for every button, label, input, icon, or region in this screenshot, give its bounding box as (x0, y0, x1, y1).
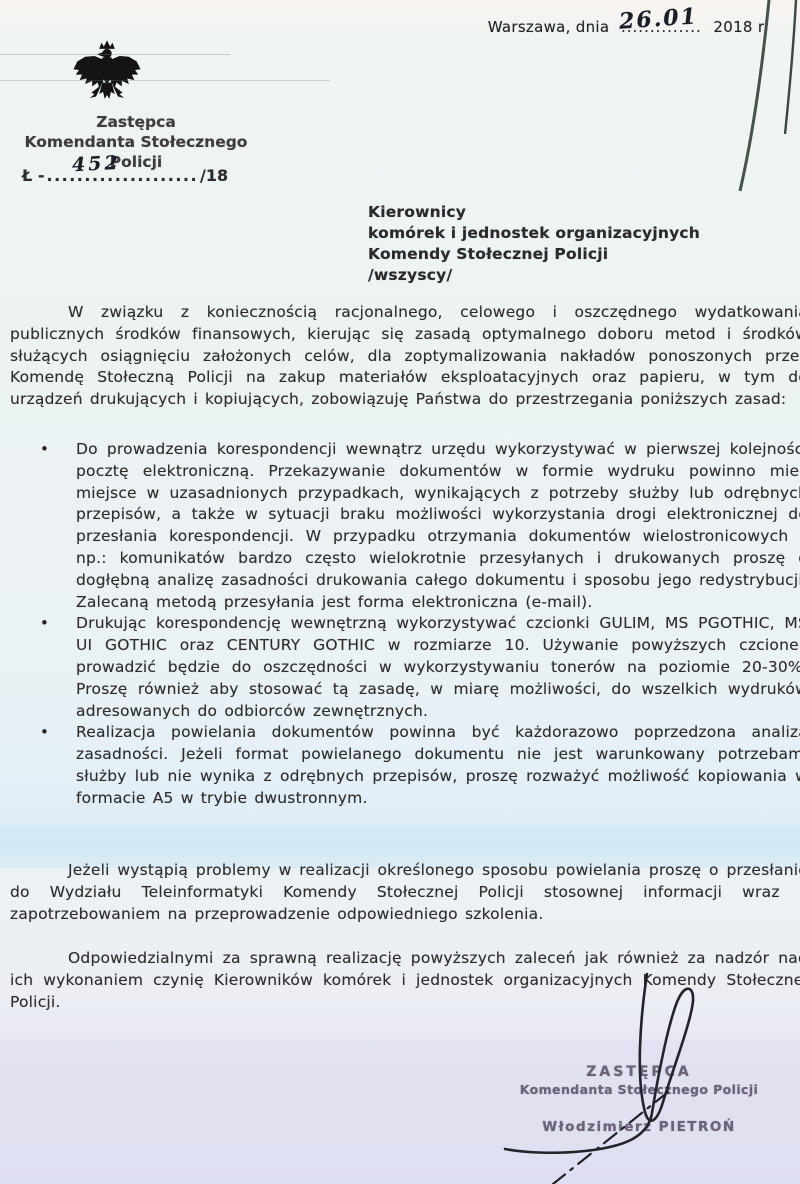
bullet-item: Do prowadzenia korespondencji wewnątrz u… (10, 439, 800, 613)
eagle-emblem-icon (68, 38, 146, 116)
sender-title-line: Komendanta Stołecznego (6, 132, 266, 152)
scanned-letter-page: Warszawa, dnia ..............26.01 2018 … (0, 0, 800, 1184)
bullet-text: Realizacja powielania dokumentów powinna… (76, 723, 800, 806)
intro-paragraph: W związku z koniecznością racjonalnego, … (10, 302, 800, 411)
bullet-item: Realizacja powielania dokumentów powinna… (10, 722, 800, 809)
rules-bullet-list: Do prowadzenia korespondencji wewnątrz u… (10, 439, 800, 810)
reference-number-line: Ł - ....................452 /18 (22, 166, 228, 185)
dotted-rule: .................... (46, 166, 198, 185)
ref-suffix: /18 (200, 166, 228, 185)
sender-block: Zastępca Komendanta Stołecznego Policji (6, 112, 266, 172)
ref-prefix: Ł - (22, 166, 44, 185)
recipient-block: Kierownicy komórek i jednostek organizac… (368, 202, 700, 286)
sender-title-line: Zastępca (6, 112, 266, 132)
recipient-line: komórek i jednostek organizacyjnych (368, 223, 700, 244)
closing-paragraph: Jeżeli wystąpią problemy w realizacji ok… (10, 860, 800, 925)
bullet-text: Do prowadzenia korespondencji wewnątrz u… (76, 440, 800, 611)
stamp-name: Włodzimierz PIETROŃ (505, 1119, 773, 1135)
recipient-line: Komendy Stołecznej Policji (368, 244, 700, 265)
recipient-line: Kierownicy (368, 202, 700, 223)
handwritten-ref-number: 452 (72, 152, 122, 177)
dateline-dots: ..............26.01 (613, 18, 709, 36)
signature-stamp-block: ZASTĘPCA Komendanta Stołecznego Policji … (505, 1064, 773, 1135)
ref-dots: ....................452 (46, 166, 198, 185)
bullet-text: Drukując korespondencję wewnętrzną wykor… (76, 614, 800, 719)
closing-paragraph: Odpowiedzialnymi za sprawną realizację p… (10, 948, 800, 1013)
dateline-year: 2018 r. (713, 18, 768, 36)
stamp-title: ZASTĘPCA (505, 1064, 773, 1080)
stamp-subtitle: Komendanta Stołecznego Policji (505, 1082, 773, 1097)
bullet-item: Drukując korespondencję wewnętrzną wykor… (10, 613, 800, 722)
handwritten-date: 26.01 (619, 3, 700, 34)
recipient-line: /wszyscy/ (368, 265, 700, 286)
dateline: Warszawa, dnia ..............26.01 2018 … (488, 18, 768, 36)
dateline-prefix: Warszawa, dnia (488, 18, 610, 36)
